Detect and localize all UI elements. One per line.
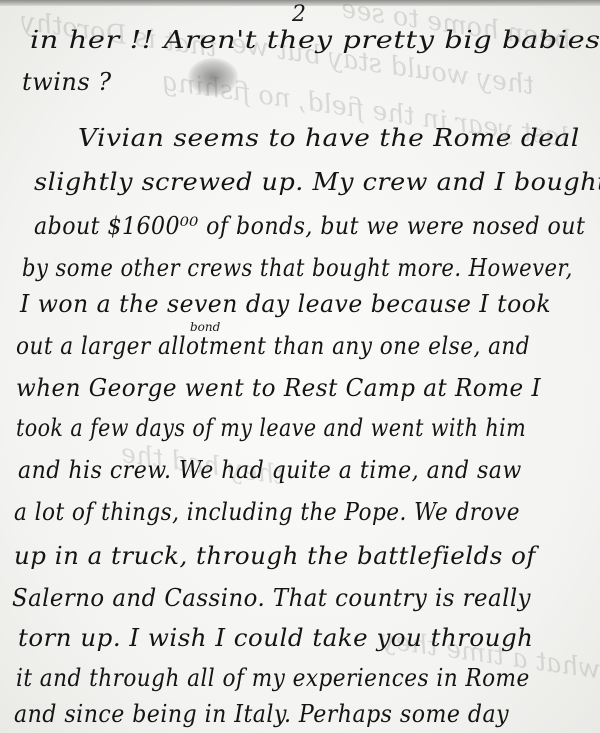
letter-page: that is Dorothy they would stay but we l… bbox=[0, 0, 600, 733]
letter-line: Vivian seems to have the Rome deal bbox=[78, 124, 580, 152]
letter-line: it and through all of my experiences in … bbox=[16, 664, 530, 692]
letter-line: Salerno and Cassino. That country is rea… bbox=[12, 584, 531, 612]
letter-line: when George went to Rest Camp at Rome I bbox=[16, 374, 541, 402]
letter-line: by some other crews that bought more. Ho… bbox=[22, 254, 573, 282]
page-number: 2 bbox=[292, 2, 306, 27]
letter-line: out a larger allotment than any one else… bbox=[16, 332, 530, 360]
letter-line: and his crew. We had quite a time, and s… bbox=[18, 456, 522, 484]
letter-line: slightly screwed up. My crew and I bough… bbox=[34, 168, 600, 196]
letter-line: in her !! Aren't they pretty big babies … bbox=[30, 26, 600, 54]
letter-line: and since being in Italy. Perhaps some d… bbox=[14, 700, 509, 728]
letter-line: took a few days of my leave and went wit… bbox=[16, 414, 526, 442]
letter-line: twins ? bbox=[22, 68, 112, 96]
letter-line: I won a the seven day leave because I to… bbox=[20, 290, 551, 318]
letter-line: a lot of things, including the Pope. We … bbox=[14, 498, 520, 526]
letter-line: torn up. I wish I could take you through bbox=[18, 624, 533, 652]
ink-smudge bbox=[188, 58, 238, 96]
letter-line: about $1600⁰⁰ of bonds, but we were nose… bbox=[34, 212, 585, 240]
letter-line: up in a truck, through the battlefields … bbox=[14, 542, 536, 570]
